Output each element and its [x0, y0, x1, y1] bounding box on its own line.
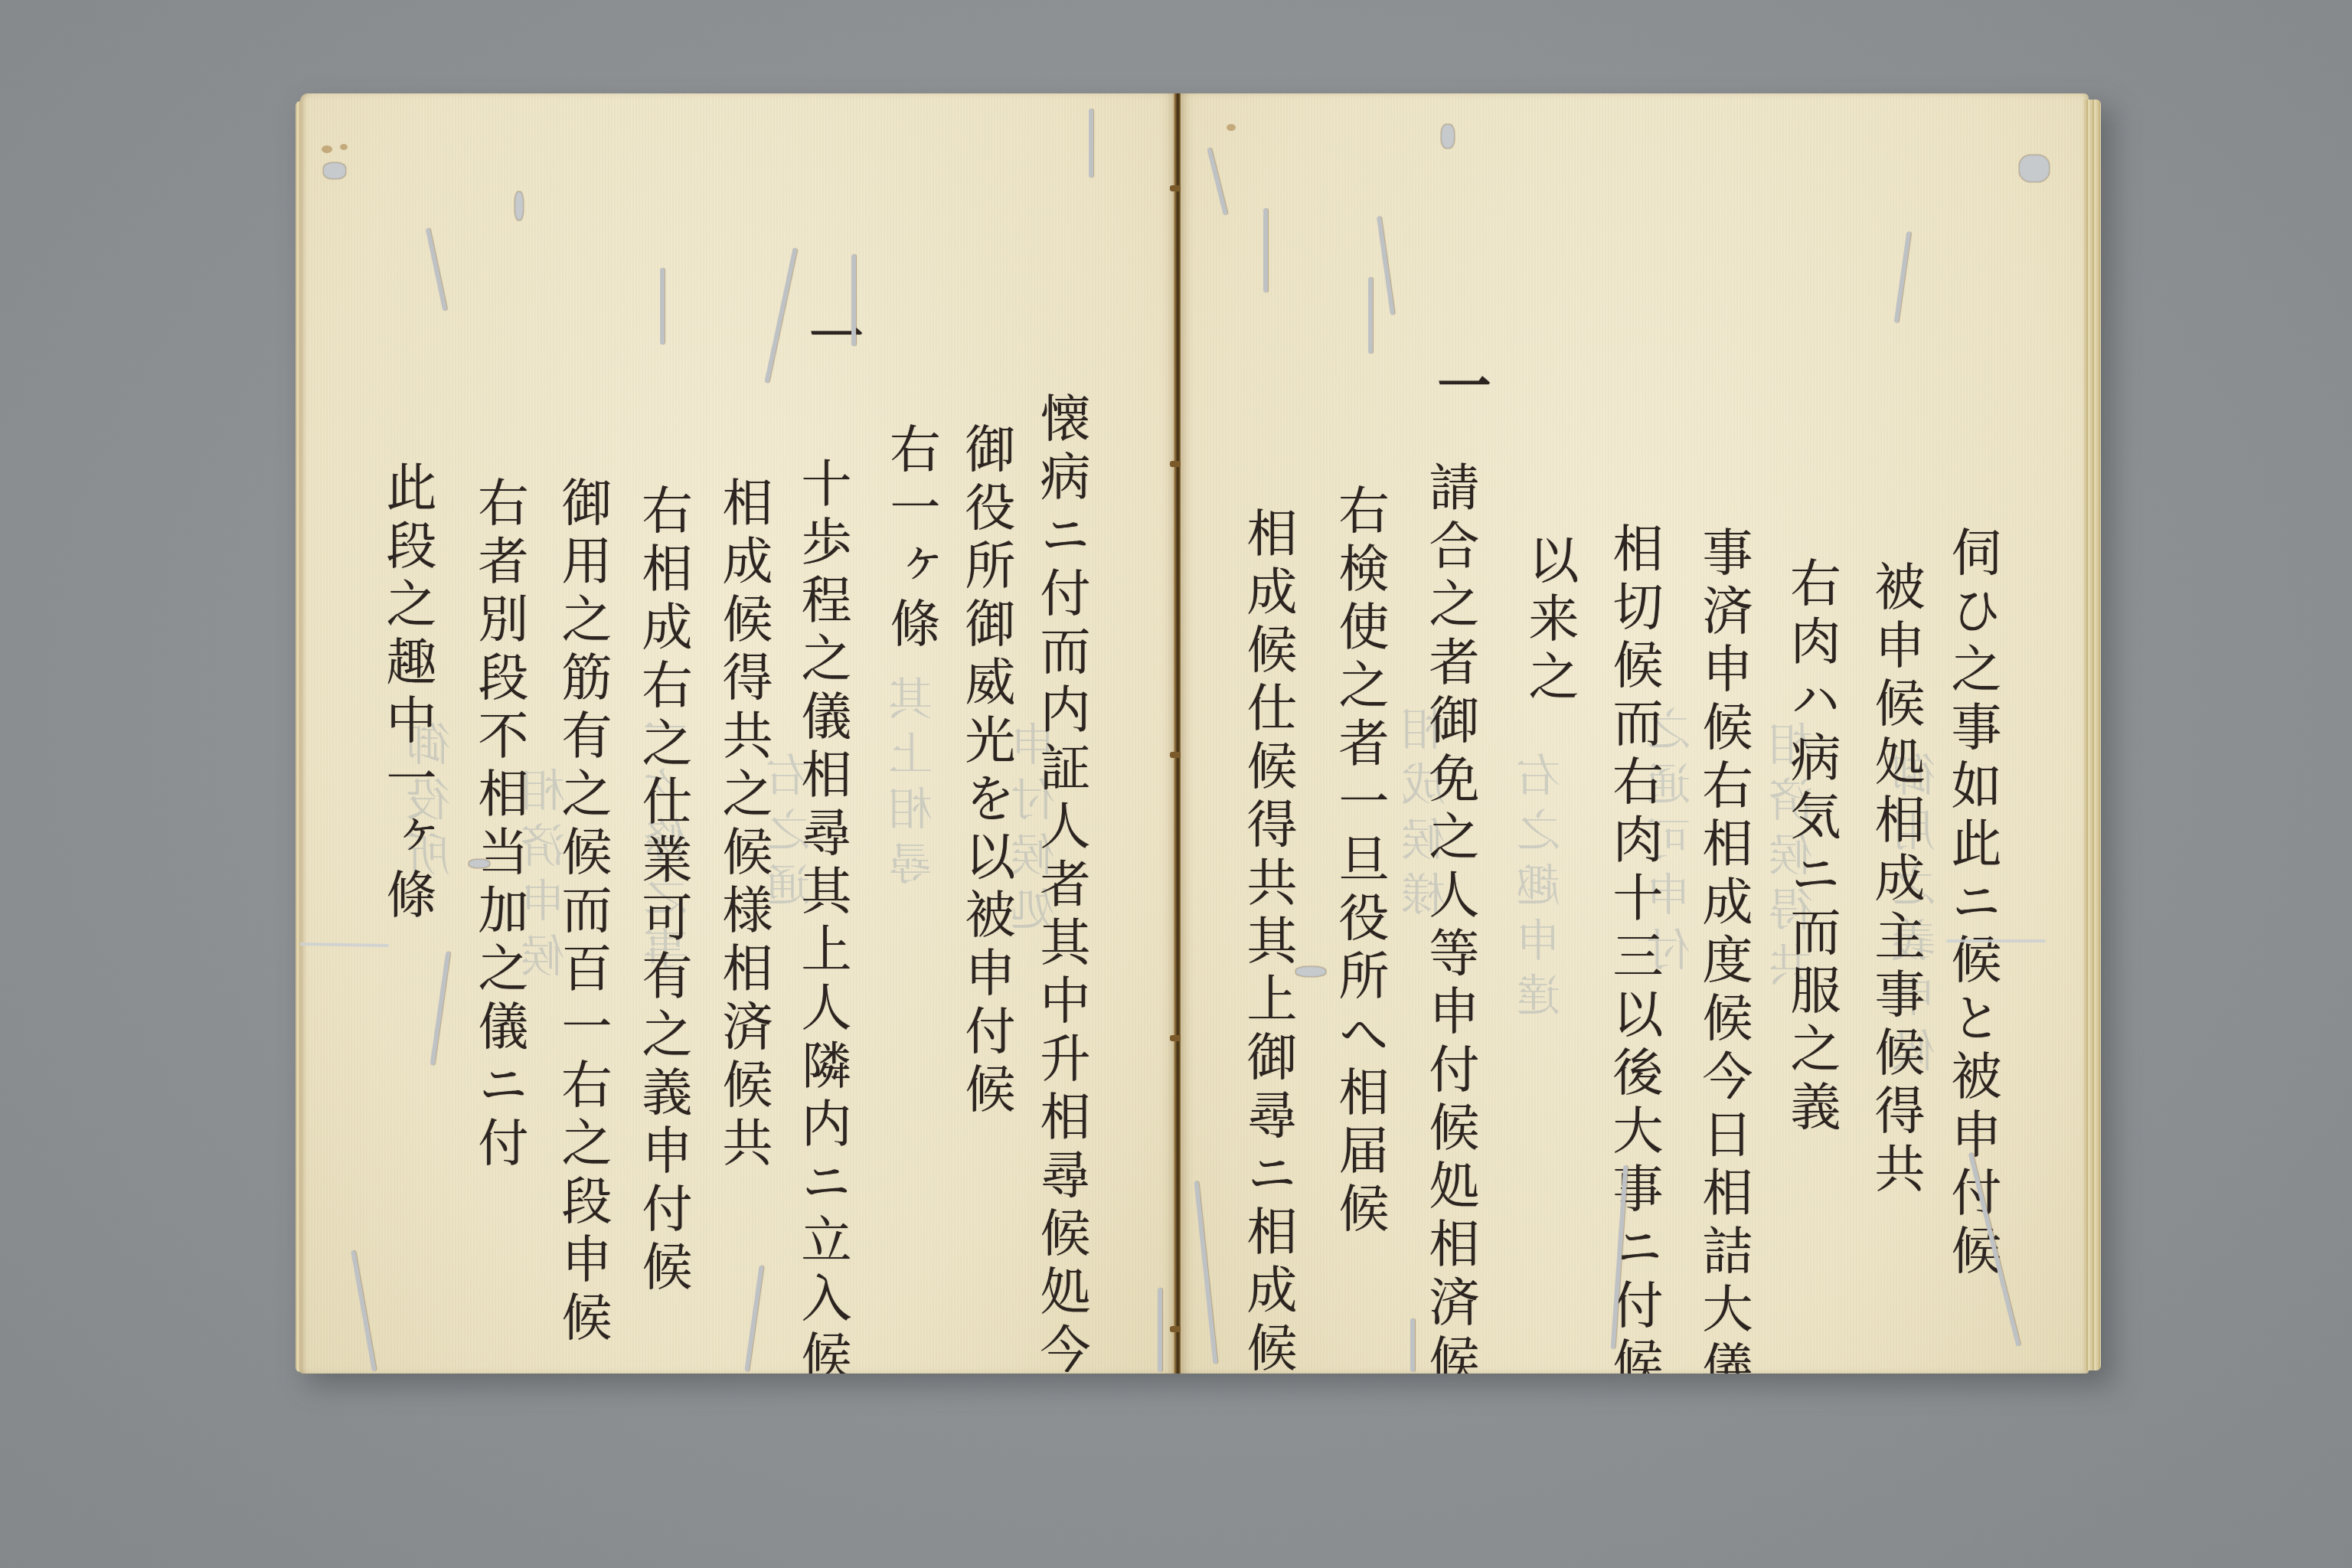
bottom-tear [1194, 1181, 1217, 1364]
text-column: 以来之 [1524, 534, 1574, 708]
bottom-tear [744, 1265, 763, 1371]
wormhole-track [660, 268, 665, 345]
wormhole-track [1377, 216, 1395, 315]
text-column: 御役所御威光を以被申付候 [960, 423, 1011, 1121]
wormhole-track [1368, 277, 1373, 354]
wormhole [514, 191, 524, 220]
ghost-text: 右之趣申達 [1510, 752, 1574, 1027]
wormhole [2019, 155, 2050, 182]
right-page-edge-stack [2084, 100, 2101, 1370]
text-column: 右肉ハ病気ニ而服之義 [1785, 557, 1836, 1138]
wormhole [323, 162, 346, 179]
left-page: 申付候処 其上相尋 右之通 一ヶ條之事 相済申候 御役所 一 懐病ニ付而内証人者… [300, 93, 1175, 1374]
wormhole-track [1894, 231, 1912, 323]
text-column: 此段之趣中一ヶ條 [381, 461, 432, 926]
text-column: 右一ヶ條 [885, 423, 936, 655]
text-column: 十歩程之儀相尋其上人隣内ニ立入候之事 [796, 457, 847, 1374]
text-column: 相切候而右肉十三以後大事ニ付候 [1608, 522, 1658, 1374]
wormhole-track [426, 228, 448, 312]
wormhole-track [1207, 148, 1228, 216]
bottom-tear [1410, 1318, 1415, 1372]
item-mark: 一 [1433, 358, 1487, 419]
text-column: 懐病ニ付而内証人者其中升相尋候処今又 [1035, 392, 1086, 1374]
text-column: 右検使之者一旦役所へ相届候 [1334, 484, 1384, 1240]
wormhole-track [1263, 208, 1268, 292]
open-book: 申付候処 其上相尋 右之通 一ヶ條之事 相済申候 御役所 一 懐病ニ付而内証人者… [300, 93, 2101, 1374]
wormhole-track [851, 254, 856, 346]
wormhole [469, 859, 490, 868]
stain [1227, 124, 1236, 131]
text-column: 請合之者御免之人等申付候処相済候 [1424, 461, 1475, 1374]
text-column: 右者別段不相当加之儀ニ付 [473, 476, 524, 1174]
stain [340, 144, 348, 150]
bottom-tear [351, 1250, 377, 1372]
edge-tear [1946, 939, 2046, 942]
right-page: 御用之義申候 相済候得共 之通可申付 右之趣申達 相成候様 伺ひ之事如此ニ候と被… [1181, 93, 2089, 1374]
wormhole-track [430, 951, 451, 1065]
wormhole-track [764, 247, 797, 383]
text-column: 御用之筋有之候而百一右之段申候 [557, 476, 607, 1349]
wormhole [1441, 124, 1455, 149]
text-column: 被申候処相成主事候得共 [1870, 560, 1920, 1200]
text-column: 相成候得共之候様相済候共 [717, 476, 768, 1174]
bottom-tear [1158, 1288, 1162, 1372]
wormhole-track [1089, 109, 1093, 178]
edge-tear [300, 942, 389, 947]
stain [322, 145, 332, 153]
text-column: 右相成右之仕業可有之義申付候 [637, 484, 688, 1298]
ghost-text: 其上相尋 [882, 675, 946, 896]
wormhole [1295, 966, 1326, 977]
text-column: 相成候仕候得共其上御尋ニ相成候 [1242, 507, 1292, 1374]
text-column: 事済申候右相成度候今日相詰大儀 [1697, 526, 1748, 1374]
